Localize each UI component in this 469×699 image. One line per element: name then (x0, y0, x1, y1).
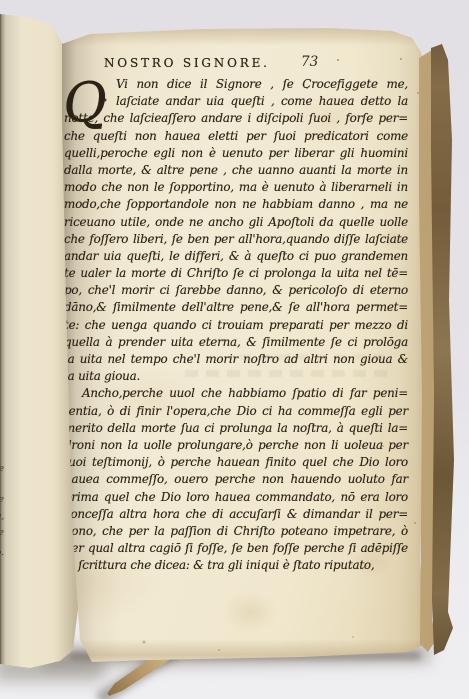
text-line: dāno,& ſimilmente dell'altre pene,& ſe a… (64, 299, 408, 316)
text-line: ſuoi teſtimonij, ò perche hauean finito … (64, 454, 408, 471)
text-line: laſciate andar uia queſti , come hauea d… (116, 93, 408, 110)
running-header-title: NOSTRO SIGNORE. (104, 55, 270, 71)
text-line: modo,che ſopportandole non ne habbiam da… (64, 196, 408, 213)
paragraph-2: Ancho,perche uuol che habbiamo ſpatio di… (64, 385, 408, 574)
text-line: po, che'l morir ci ſarebbe danno, & peri… (64, 282, 408, 299)
text-line: prima quel che Dio loro hauea commandato… (64, 489, 408, 506)
text-line: la ſcrittura che dicea: & tra gli iniqui… (64, 557, 408, 574)
text-line: Ancho,perche uuol che habbiamo ſpatio di… (82, 385, 408, 402)
show-through-text (240, 354, 390, 360)
text-line: Vi non dice il Signore , ſe Crocefiggete… (116, 76, 408, 93)
text-line: riceuano utile, onde ne ancho gli Apoſto… (64, 214, 408, 231)
page-number: 73 (301, 54, 318, 70)
text-line: dono, che per la paſſion di Chriſto pote… (64, 523, 408, 540)
text-line: conceſſa altra hora che di accuſarſi & d… (64, 506, 408, 523)
text-line: per qual altra cagiō ſi foſſe, ſe ben fo… (64, 540, 408, 557)
foxing-specks (0, 0, 2, 2)
text-block: Vi non dice il Signore , ſe Crocefiggete… (64, 76, 408, 574)
text-line: quelli,peroche egli non è uenuto per lib… (64, 145, 408, 162)
paragraph-1: Vi non dice il Signore , ſe Crocefiggete… (64, 76, 408, 385)
text-line: droni non la uolle prolungare,ò perche n… (64, 437, 408, 454)
text-line: modo che non le ſopportino, ma è uenuto … (64, 179, 408, 196)
text-line: che queſti non hauea eletti per ſuoi pre… (64, 128, 408, 145)
text-line: te ualer la morte di Chriſto ſe ci prolo… (64, 265, 408, 282)
text-line: dalla morte, & altre pene , che uanno au… (64, 162, 408, 179)
text-line: andar uia queſti, le differi, & à queſto… (64, 248, 408, 265)
text-line: tentia, ò di finir l'opera,che Dio ci ha… (64, 403, 408, 420)
text-line: merito della morte ſua ci prolunga la no… (64, 420, 408, 437)
book-photograph: e l'hebboà caluaria,ci non ncui ſi pone … (0, 0, 469, 699)
text-line: che foſſero liberi, ſe ben per all'hora,… (64, 231, 408, 248)
text-line: te: che uenga quando ci trouiam preparat… (64, 317, 408, 334)
show-through-text (185, 370, 390, 377)
text-line: notte, che laſcieaſſero andare i diſcipo… (64, 110, 408, 127)
text-line: hauea commeſſo, ouero perche non hauendo… (64, 471, 408, 488)
text-line: quella à prender uita eterna, & ſimilmen… (64, 334, 408, 351)
